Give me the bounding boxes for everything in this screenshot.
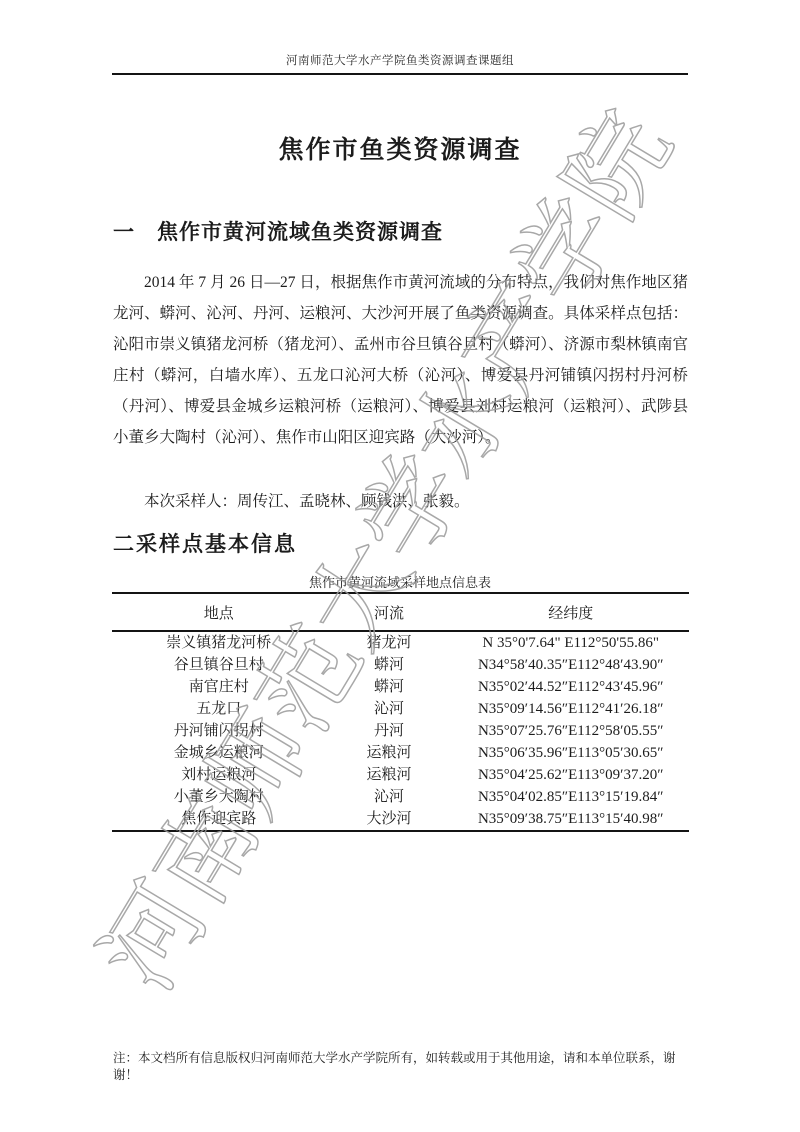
table-row: 丹河铺闪拐村丹河N35°07′25.76″E112°58′05.55″	[112, 720, 689, 742]
table-cell: 蟒河	[325, 654, 452, 676]
table-cell: N35°09′38.75″E113°15′40.98″	[452, 808, 689, 831]
table-cell: 蟒河	[325, 676, 452, 698]
table-cell: 谷旦镇谷旦村	[112, 654, 325, 676]
table-cell: 刘村运粮河	[112, 764, 325, 786]
table-cell: 南官庄村	[112, 676, 325, 698]
table-header: 地点 河流 经纬度	[112, 593, 689, 631]
table-cell: N35°04′25.62″E113°09′37.20″	[452, 764, 689, 786]
table-cell: 丹河	[325, 720, 452, 742]
table-row: 小董乡大陶村沁河N35°04′02.85″E113°15′19.84″	[112, 786, 689, 808]
table-cell: 五龙口	[112, 698, 325, 720]
survey-description-paragraph: 2014 年 7 月 26 日—27 日，根据焦作市黄河流域的分布特点，我们对焦…	[113, 267, 688, 453]
table-cell: N35°04′02.85″E113°15′19.84″	[452, 786, 689, 808]
table-caption: 焦作市黄河流域采样地点信息表	[0, 572, 800, 591]
column-header-coordinates: 经纬度	[452, 593, 689, 631]
copyright-footer-note: 注：本文档所有信息版权归河南师范大学水产学院所有，如转载或用于其他用途，请和本单…	[113, 1050, 693, 1084]
document-page: 河南师范大学水产学院 河南师范大学水产学院鱼类资源调查课题组 焦作市鱼类资源调查…	[0, 0, 800, 1132]
table-body: 崇义镇猪龙河桥猪龙河N 35°0'7.64" E112°50'55.86"谷旦镇…	[112, 631, 689, 831]
sampling-sites-table-wrap: 地点 河流 经纬度 崇义镇猪龙河桥猪龙河N 35°0'7.64" E112°50…	[112, 592, 689, 832]
table-cell: 小董乡大陶村	[112, 786, 325, 808]
table-cell: N35°07′25.76″E112°58′05.55″	[452, 720, 689, 742]
table-cell: 运粮河	[325, 742, 452, 764]
column-header-river: 河流	[325, 593, 452, 631]
table-cell: 金城乡运粮河	[112, 742, 325, 764]
column-header-place: 地点	[112, 593, 325, 631]
table-cell: 大沙河	[325, 808, 452, 831]
table-cell: 丹河铺闪拐村	[112, 720, 325, 742]
section-1-heading: 一 焦作市黄河流域鱼类资源调查	[113, 216, 443, 246]
table-cell: N35°09′14.56″E112°41′26.18″	[452, 698, 689, 720]
table-cell: N35°06′35.96″E113°05′30.65″	[452, 742, 689, 764]
table-row: 谷旦镇谷旦村蟒河N34°58′40.35″E112°48′43.90″	[112, 654, 689, 676]
section-2-heading: 二采样点基本信息	[113, 528, 297, 558]
samplers-line: 本次采样人：周传江、孟晓林、顾钱洪、张毅。	[113, 486, 688, 517]
table-cell: 沁河	[325, 698, 452, 720]
table-row: 刘村运粮河运粮河N35°04′25.62″E113°09′37.20″	[112, 764, 689, 786]
table-cell: N35°02′44.52″E112°43′45.96″	[452, 676, 689, 698]
table-cell: 崇义镇猪龙河桥	[112, 631, 325, 654]
table-cell: 沁河	[325, 786, 452, 808]
table-cell: 焦作迎宾路	[112, 808, 325, 831]
table-cell: 运粮河	[325, 764, 452, 786]
table-cell: 猪龙河	[325, 631, 452, 654]
table-cell: N 35°0'7.64" E112°50'55.86"	[452, 631, 689, 654]
page-header-text: 河南师范大学水产学院鱼类资源调查课题组	[0, 52, 800, 68]
table-row: 五龙口沁河N35°09′14.56″E112°41′26.18″	[112, 698, 689, 720]
table-row: 南官庄村蟒河N35°02′44.52″E112°43′45.96″	[112, 676, 689, 698]
table-row: 崇义镇猪龙河桥猪龙河N 35°0'7.64" E112°50'55.86"	[112, 631, 689, 654]
table-header-row: 地点 河流 经纬度	[112, 593, 689, 631]
table-row: 焦作迎宾路大沙河N35°09′38.75″E113°15′40.98″	[112, 808, 689, 831]
header-divider-rule	[112, 73, 688, 75]
sampling-sites-table: 地点 河流 经纬度 崇义镇猪龙河桥猪龙河N 35°0'7.64" E112°50…	[112, 592, 689, 832]
table-cell: N34°58′40.35″E112°48′43.90″	[452, 654, 689, 676]
table-row: 金城乡运粮河运粮河N35°06′35.96″E113°05′30.65″	[112, 742, 689, 764]
document-title: 焦作市鱼类资源调查	[0, 130, 800, 166]
